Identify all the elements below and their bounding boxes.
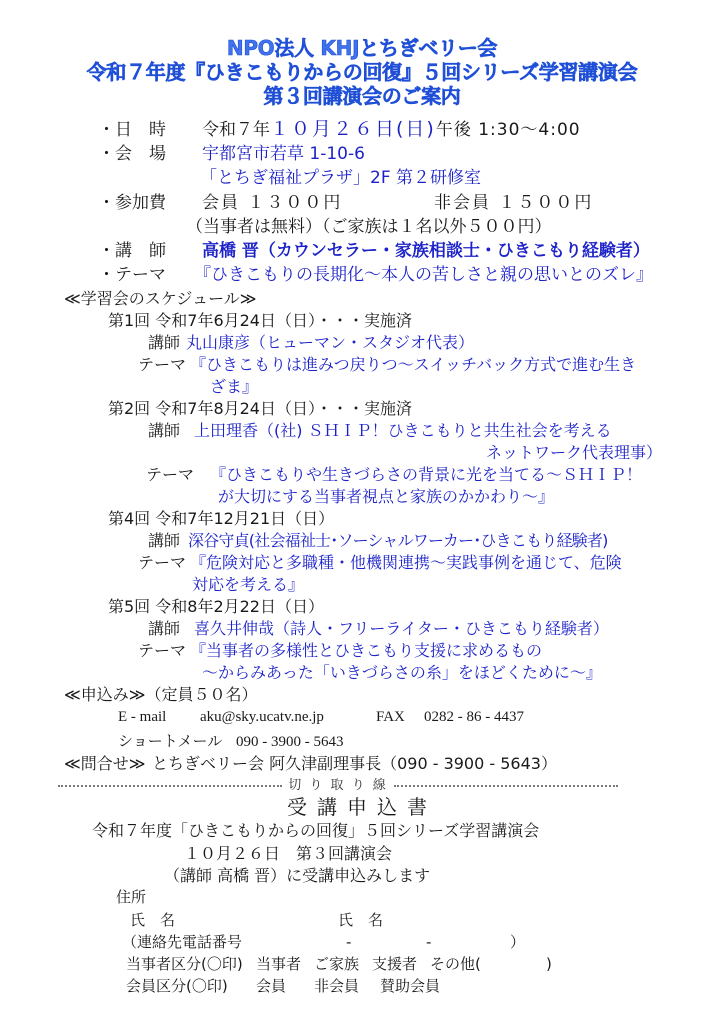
- datetime-label: ・日 時: [98, 122, 202, 139]
- session-4-theme-cont: 対応を考える』: [192, 577, 304, 593]
- cut-line-dots-left: [58, 785, 282, 787]
- lecturer-row: ・講 師高橋 晋（カウンセラー・家族相談士・ひきこもり経験者）: [98, 243, 650, 260]
- session-2-lecturer: 講師上田理香（(社) ＳＨＩＰ！ひきこもりと共生社会を考える: [148, 423, 612, 439]
- phone-sep-1: -: [346, 935, 351, 950]
- category-option-other[interactable]: その他(: [430, 957, 546, 972]
- category-other-close: ): [546, 955, 552, 973]
- session-1-theme-cont: ざま』: [210, 379, 258, 395]
- session-2-lecturer-cont: ネットワーク代表理事）: [486, 445, 662, 461]
- datetime-prefix: 令和７年: [202, 120, 270, 140]
- inquiry-text: とちぎベリー会 阿久津副理事長（090 - 3900 - 5643）: [152, 754, 557, 773]
- category-option-family[interactable]: ご家族: [314, 957, 372, 972]
- fee-note: （当事者は無料）（ご家族は１名以外５００円）: [186, 219, 552, 236]
- form-line-3: （講師 高橋 晋）に受講申込みします: [164, 868, 430, 884]
- lecturer-value: 高橋 晋（カウンセラー・家族相談士・ひきこもり経験者）: [202, 241, 650, 261]
- contact-sms: ショートメール090 - 3900 - 5643: [118, 734, 344, 750]
- series-title: 令和７年度『ひきこもりからの回復』５回シリーズ学習講演会: [0, 62, 724, 82]
- cut-line-dots-right: [394, 785, 618, 787]
- session-1-lecturer: 講師丸山康彦（ヒューマン・スタジオ代表）: [148, 335, 474, 351]
- inquiry-heading: ≪問合せ≫: [64, 756, 152, 772]
- sms-number: 090 - 3900 - 5643: [236, 734, 344, 750]
- schedule-heading: ≪学習会のスケジュール≫: [64, 291, 257, 307]
- name-label-2: 氏 名: [338, 913, 383, 928]
- name-label-1: 氏 名: [130, 913, 175, 928]
- form-line-1: 令和７年度「ひきこもりからの回復」５回シリーズ学習講演会: [92, 823, 539, 839]
- member-option-supporting[interactable]: 賛助会員: [380, 977, 440, 995]
- address-label: 住所: [116, 890, 146, 905]
- sms-label: ショートメール: [118, 734, 236, 749]
- member-label: 会員区分(〇印): [126, 979, 256, 994]
- form-title: 受講申込書: [0, 797, 724, 817]
- venue-building: 「とちぎ福祉プラザ」2F 第２研修室: [200, 170, 481, 187]
- cut-line-label: 切 り 取 り 線: [282, 779, 394, 792]
- fax-number: 0282 - 86 - 4437: [424, 709, 524, 725]
- category-row: 当事者区分(〇印)当事者ご家族支援者その他(): [126, 957, 552, 972]
- session-2-theme-cont: が大切にする当事者視点と家族のかかわり～』: [218, 489, 554, 505]
- member-option-member[interactable]: 会員: [256, 979, 314, 994]
- session-5-theme: テーマ『当事者の多様性とひきこもり支援に求めるもの: [138, 643, 542, 659]
- theme-label: ・テーマ: [98, 267, 194, 284]
- session-2-title: 第2回 令和7年8月24日（日）・・・実施済: [108, 401, 412, 417]
- inquiry-row: ≪問合せ≫とちぎベリー会 阿久津副理事長（090 - 3900 - 5643）: [64, 756, 557, 772]
- contact-email-fax: E - mailaku@sky.ucatv.ne.jpFAX0282 - 86 …: [118, 710, 524, 725]
- member-option-nonmember[interactable]: 非会員: [314, 979, 380, 994]
- datetime-row: ・日 時令和７年１０月２６日(日)午後 1:30～4:00: [98, 120, 581, 139]
- lecturer-label: ・講 師: [98, 243, 202, 260]
- session-1-theme: テーマ『ひきこもりは進みつ戻りつ～スイッチバック方式で進む生き: [138, 357, 636, 373]
- phone-close: ）: [510, 935, 525, 950]
- session-5-lecturer: 講師喜久井伸哉（詩人・フリーライター・ひきこもり経験者）: [148, 621, 609, 637]
- fee-label: ・参加費: [98, 195, 202, 212]
- venue-address: 宇都宮市若草 1-10-6: [202, 144, 365, 164]
- phone-sep-2: -: [426, 935, 431, 950]
- member-row: 会員区分(〇印)会員非会員賛助会員: [126, 979, 440, 994]
- datetime-date: １０月２６日(日): [270, 118, 436, 140]
- fee-member: 会員 １３００円: [202, 195, 434, 212]
- category-option-supporter[interactable]: 支援者: [372, 957, 430, 972]
- fee-row: ・参加費会員 １３００円非会員 １５００円: [98, 195, 593, 212]
- form-line-2: １０月２６日 第３回講演会: [184, 846, 392, 862]
- phone-label: （連絡先電話番号: [122, 935, 242, 950]
- category-option-self[interactable]: 当事者: [256, 957, 314, 972]
- fee-nonmember: 非会員 １５００円: [434, 193, 593, 213]
- page-title: 第３回講演会のご案内: [0, 86, 724, 106]
- application-heading: ≪申込み≫（定員５０名）: [64, 687, 258, 703]
- theme-value: 『ひきこもりの長期化～本人の苦しさと親の思いとのズレ』: [194, 265, 653, 285]
- session-4-title: 第4回 令和7年12月21日（日）: [108, 511, 334, 527]
- email-link[interactable]: aku@sky.ucatv.ne.jp: [200, 710, 376, 725]
- category-label: 当事者区分(〇印): [126, 957, 256, 972]
- venue-label: ・会 場: [98, 146, 202, 163]
- session-2-theme: テーマ『ひきこもりや生きづらさの背景に光を当てる～ＳＨＩＰ！: [146, 467, 642, 483]
- org-title: NPO法人 KHJとちぎベリー会: [0, 38, 724, 58]
- cut-line: 切 り 取 り 線: [58, 779, 618, 792]
- session-1-title: 第1回 令和7年6月24日（日）・・・実施済: [108, 313, 412, 329]
- session-4-theme: テーマ『危険対応と多職種・他機関連携～実践事例を通じて、危険: [138, 555, 622, 571]
- datetime-time: 午後 1:30～4:00: [436, 120, 581, 140]
- session-5-theme-cont: ～からみあった「いきづらさの糸」をほどくために～』: [202, 665, 602, 681]
- venue-row: ・会 場宇都宮市若草 1-10-6: [98, 146, 365, 163]
- session-4-lecturer: 講師深谷守貞(社会福祉士･ソーシャルワーカー･ひきこもり経験者): [148, 533, 608, 549]
- theme-row: ・テーマ『ひきこもりの長期化～本人の苦しさと親の思いとのズレ』: [98, 267, 653, 284]
- fax-label: FAX: [376, 710, 424, 725]
- session-5-title: 第5回 令和8年2月22日（日）: [108, 599, 324, 615]
- email-label: E - mail: [118, 710, 200, 725]
